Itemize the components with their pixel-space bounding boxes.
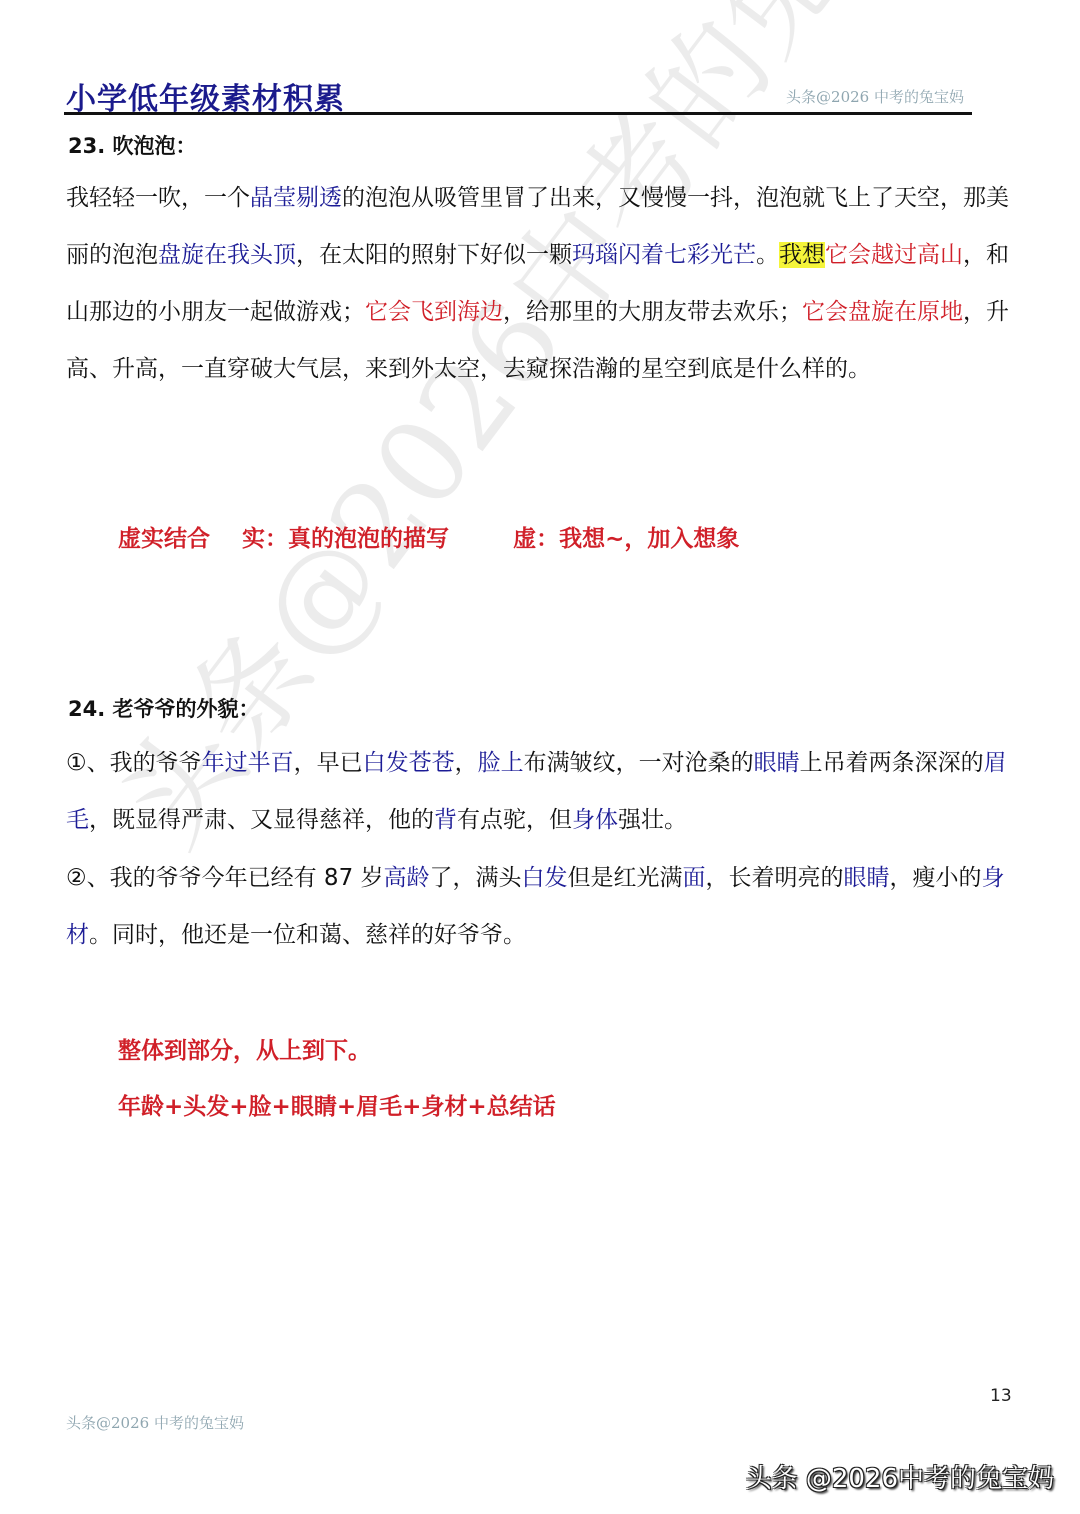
text-run: 了，满头 — [430, 865, 522, 891]
text-run: ，给那里的大朋友带去欢乐； — [503, 299, 802, 325]
text-run: ， — [455, 750, 478, 776]
emphasis-highlight: 我想 — [779, 242, 825, 268]
text-run: 。同时，他还是一位和蔼、慈祥的好爷爷。 — [89, 922, 526, 948]
text-run: 强壮。 — [618, 807, 687, 833]
emphasis-blue: 年过半百 — [202, 750, 294, 776]
section-23-title: 23. 吹泡泡： — [68, 130, 197, 160]
section-24-note-2: 年龄+头发+脸+眼睛+眉毛+身材+总结话 — [118, 1088, 556, 1121]
section-23-paragraph: 我轻轻一吹，一个晶莹剔透的泡泡从吸管里冒了出来，又慢慢一抖，泡泡就飞上了天空，那… — [66, 170, 1016, 398]
emphasis-red: 它会飞到海边 — [365, 299, 503, 325]
emphasis-blue: 眼睛 — [754, 750, 800, 776]
text-run: ①、我的爷爷 — [66, 750, 202, 776]
emphasis-blue: 身体 — [572, 807, 618, 833]
section-23-note: 虚实结合 实：真的泡泡的描写 虚：我想~，加入想象 — [118, 520, 739, 553]
text-run: ，长着明亮的 — [706, 865, 844, 891]
emphasis-blue: 玛瑙闪着七彩光芒 — [572, 242, 756, 268]
footer-source-credit: 头条@2026 中考的兔宝妈 — [66, 1412, 244, 1433]
emphasis-blue: 白发 — [522, 865, 568, 891]
header-divider — [64, 112, 972, 115]
emphasis-blue: 眼睛 — [844, 865, 890, 891]
section-24-note-1: 整体到部分，从上到下。 — [118, 1032, 371, 1065]
emphasis-blue: 面 — [683, 865, 706, 891]
section-24-title: 24. 老爷爷的外貌： — [68, 693, 260, 723]
text-run: 上吊着两条深深的 — [800, 750, 984, 776]
text-run: 但是红光满 — [568, 865, 683, 891]
text-run: 有点驼，但 — [457, 807, 572, 833]
page-number: 13 — [990, 1386, 1012, 1406]
platform-watermark: 头条 @2026中考的兔宝妈 — [746, 1458, 1054, 1495]
emphasis-red: 它会越过高山 — [825, 242, 963, 268]
text-run: 布满皱纹，一对沧桑的 — [524, 750, 754, 776]
text-run: ，早已 — [294, 750, 363, 776]
section-24-paragraph-2: ②、我的爷爷今年已经有 87 岁高龄了，满头白发但是红光满面，长着明亮的眼睛，瘦… — [66, 850, 1016, 964]
emphasis-blue: 高龄 — [384, 865, 430, 891]
emphasis-blue: 晶莹剔透 — [250, 185, 342, 211]
text-run: ②、我的爷爷今年已经有 87 岁 — [66, 865, 384, 891]
text-run: ，在太阳的照射下好似一颗 — [296, 242, 572, 268]
emphasis-blue: 白发苍苍 — [363, 750, 455, 776]
emphasis-blue: 盘旋在我头顶 — [158, 242, 296, 268]
emphasis-red: 它会盘旋在原地 — [802, 299, 963, 325]
section-24-paragraph-1: ①、我的爷爷年过半百，早已白发苍苍，脸上布满皱纹，一对沧桑的眼睛上吊着两条深深的… — [66, 735, 1016, 849]
text-run: 我轻轻一吹，一个 — [66, 185, 250, 211]
header-source-credit: 头条@2026 中考的兔宝妈 — [786, 86, 964, 107]
page-header: 小学低年级素材积累 头条@2026 中考的兔宝妈 — [66, 70, 972, 114]
text-run: ，既显得严肃、又显得慈祥，他的 — [89, 807, 434, 833]
emphasis-blue: 脸上 — [478, 750, 524, 776]
emphasis-blue: 背 — [434, 807, 457, 833]
text-run: ，瘦小的 — [890, 865, 982, 891]
text-run: 。 — [756, 242, 779, 268]
